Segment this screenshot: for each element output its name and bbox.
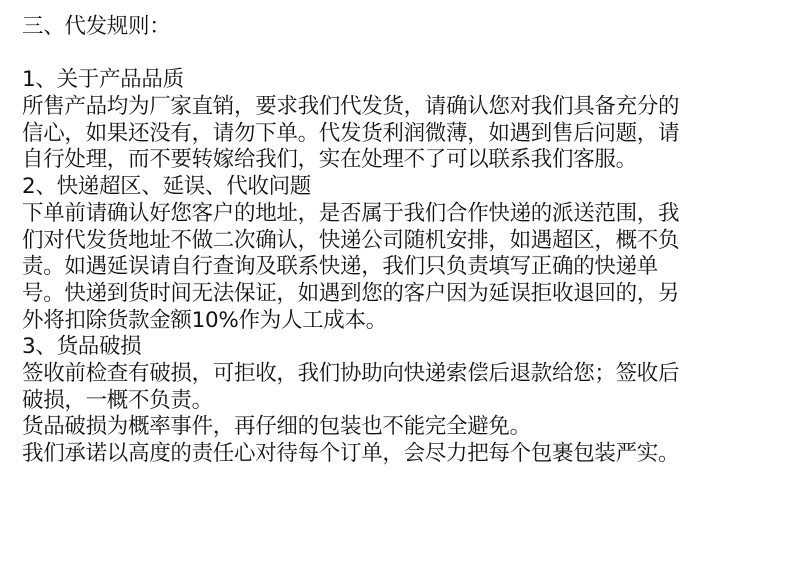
section-heading-shipping-issues: 2、快递超区、延误、代收问题 <box>22 174 782 201</box>
section-text-line: 信心，如果还没有，请勿下单。代发货利润微薄，如遇到售后问题，请 <box>22 121 782 148</box>
section-text-line: 所售产品均为厂家直销，要求我们代发货，请确认您对我们具备充分的 <box>22 94 782 121</box>
section-text-line: 们对代发货地址不做二次确认，快递公司随机安排，如遇超区，概不负 <box>22 228 782 255</box>
section-text-line: 破损，一概不负责。 <box>22 388 782 415</box>
section-text-line: 我们承诺以高度的责任心对待每个订单，会尽力把每个包裹包装严实。 <box>22 441 782 468</box>
blank-line <box>22 41 782 68</box>
section-text-line: 签收前检查有破损，可拒收，我们协助向快递索偿后退款给您；签收后 <box>22 361 782 388</box>
section-text-line: 自行处理，而不要转嫁给我们，实在处理不了可以联系我们客服。 <box>22 147 782 174</box>
section-text-line: 货品破损为概率事件，再仔细的包装也不能完全避免。 <box>22 414 782 441</box>
section-text-line: 外将扣除货款金额10%作为人工成本。 <box>22 308 782 335</box>
section-text-line: 号。快递到货时间无法保证，如遇到您的客户因为延误拒收退回的，另 <box>22 281 782 308</box>
section-heading-damaged-goods: 3、货品破损 <box>22 334 782 361</box>
section-text-line: 责。如遇延误请自行查询及联系快递，我们只负责填写正确的快递单 <box>22 254 782 281</box>
section-heading-product-quality: 1、关于产品品质 <box>22 67 782 94</box>
document-title: 三、代发规则： <box>22 14 782 41</box>
section-text-line: 下单前请确认好您客户的地址，是否属于我们合作快递的派送范围，我 <box>22 201 782 228</box>
document-body: 三、代发规则： 1、关于产品品质 所售产品均为厂家直销，要求我们代发货，请确认您… <box>22 14 782 468</box>
